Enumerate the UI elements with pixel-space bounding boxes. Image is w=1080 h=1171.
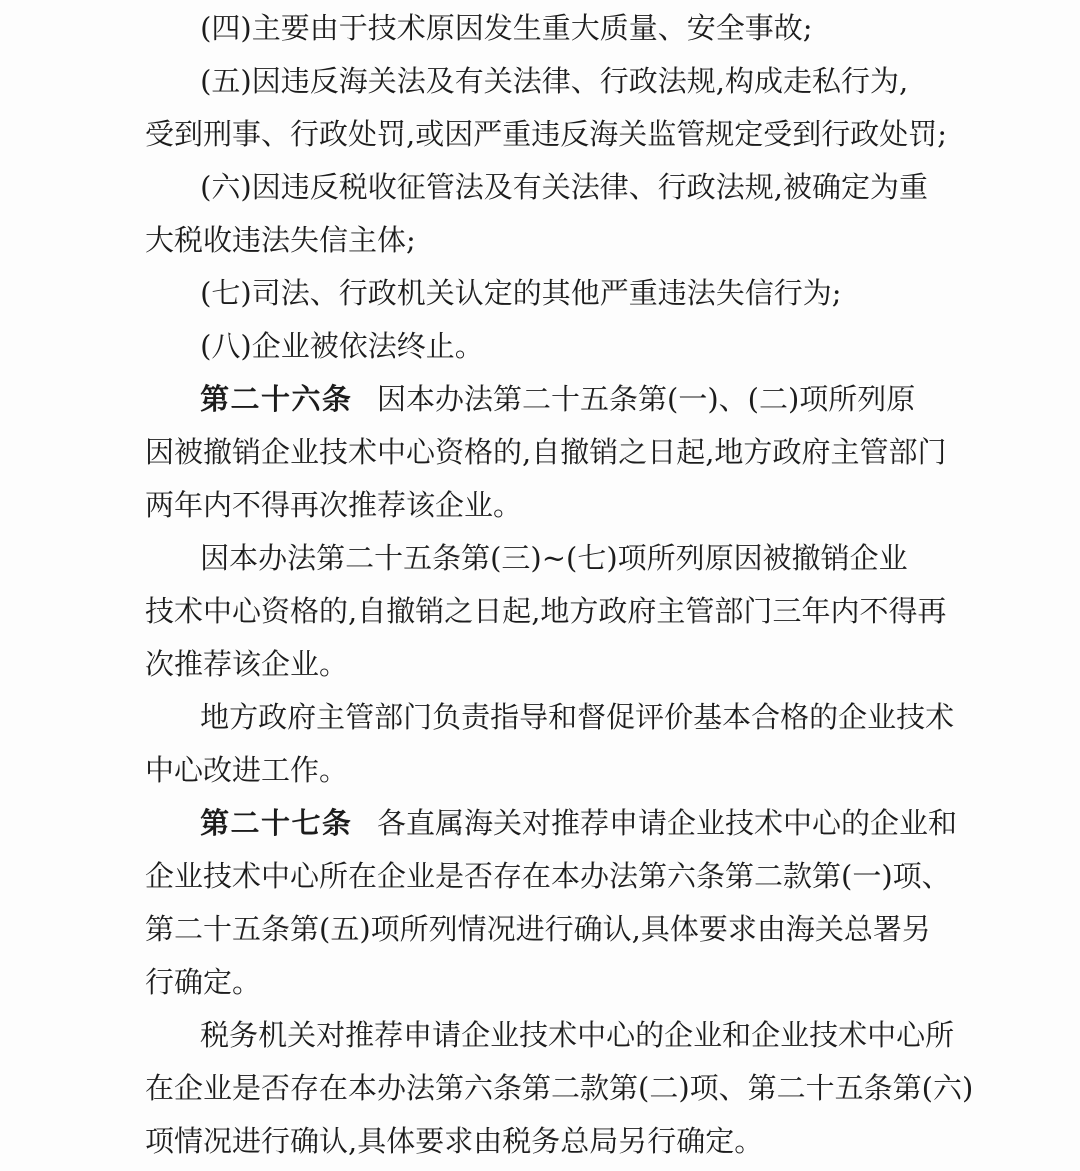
text-line: 企业技术中心所在企业是否存在本办法第六条第二款第(一)项、 (145, 850, 940, 903)
text-line: 在企业是否存在本办法第六条第二款第(二)项、第二十五条第(六) (145, 1062, 940, 1115)
paragraph-article-27: 第二十七条各直属海关对推荐申请企业技术中心的企业和 企业技术中心所在企业是否存在… (145, 797, 940, 1009)
article-number: 第二十六条 (200, 382, 352, 416)
paragraph-item-7: (七)司法、行政机关认定的其他严重违法失信行为; (145, 267, 940, 320)
text-line: 两年内不得再次推荐该企业。 (145, 479, 940, 532)
text-line: (五)因违反海关法及有关法律、行政法规,构成走私行为, (145, 55, 940, 108)
text-line: 地方政府主管部门负责指导和督促评价基本合格的企业技术 (145, 691, 940, 744)
article-text: 因本办法第二十五条第(一)、(二)项所列原 (377, 382, 915, 416)
text-line: (八)企业被依法终止。 (145, 320, 940, 373)
paragraph-item-6: (六)因违反税收征管法及有关法律、行政法规,被确定为重 大税收违法失信主体; (145, 161, 940, 267)
text-line: 中心改进工作。 (145, 744, 940, 797)
text-line: 受到刑事、行政处罚,或因严重违反海关监管规定受到行政处罚; (145, 108, 940, 161)
text-line: 因本办法第二十五条第(三)~(七)项所列原因被撤销企业 (145, 532, 940, 585)
text-line: (四)主要由于技术原因发生重大质量、安全事故; (145, 2, 940, 55)
text-line: 因被撤销企业技术中心资格的,自撤销之日起,地方政府主管部门 (145, 426, 940, 479)
paragraph-item-8: (八)企业被依法终止。 (145, 320, 940, 373)
paragraph-article-27-clause-2: 税务机关对推荐申请企业技术中心的企业和企业技术中心所 在企业是否存在本办法第六条… (145, 1009, 940, 1168)
text-line: 次推荐该企业。 (145, 638, 940, 691)
article-text: 各直属海关对推荐申请企业技术中心的企业和 (377, 806, 957, 840)
document-body: (四)主要由于技术原因发生重大质量、安全事故; (五)因违反海关法及有关法律、行… (145, 2, 940, 1168)
paragraph-article-26-clause-2: 因本办法第二十五条第(三)~(七)项所列原因被撤销企业 技术中心资格的,自撤销之… (145, 532, 940, 691)
paragraph-item-4: (四)主要由于技术原因发生重大质量、安全事故; (145, 2, 940, 55)
article-number: 第二十七条 (200, 806, 352, 840)
text-line: 第二十五条第(五)项所列情况进行确认,具体要求由海关总署另 (145, 903, 940, 956)
text-line: 技术中心资格的,自撤销之日起,地方政府主管部门三年内不得再 (145, 585, 940, 638)
text-line: 税务机关对推荐申请企业技术中心的企业和企业技术中心所 (145, 1009, 940, 1062)
text-line: 行确定。 (145, 956, 940, 1009)
text-line: 项情况进行确认,具体要求由税务总局另行确定。 (145, 1115, 940, 1168)
text-line: (七)司法、行政机关认定的其他严重违法失信行为; (145, 267, 940, 320)
paragraph-article-26-clause-3: 地方政府主管部门负责指导和督促评价基本合格的企业技术 中心改进工作。 (145, 691, 940, 797)
paragraph-item-5: (五)因违反海关法及有关法律、行政法规,构成走私行为, 受到刑事、行政处罚,或因… (145, 55, 940, 161)
text-line: 第二十六条因本办法第二十五条第(一)、(二)项所列原 (145, 373, 940, 426)
text-line: 第二十七条各直属海关对推荐申请企业技术中心的企业和 (145, 797, 940, 850)
text-line: 大税收违法失信主体; (145, 214, 940, 267)
document-page: (四)主要由于技术原因发生重大质量、安全事故; (五)因违反海关法及有关法律、行… (0, 0, 1080, 1171)
paragraph-article-26: 第二十六条因本办法第二十五条第(一)、(二)项所列原 因被撤销企业技术中心资格的… (145, 373, 940, 532)
text-line: (六)因违反税收征管法及有关法律、行政法规,被确定为重 (145, 161, 940, 214)
